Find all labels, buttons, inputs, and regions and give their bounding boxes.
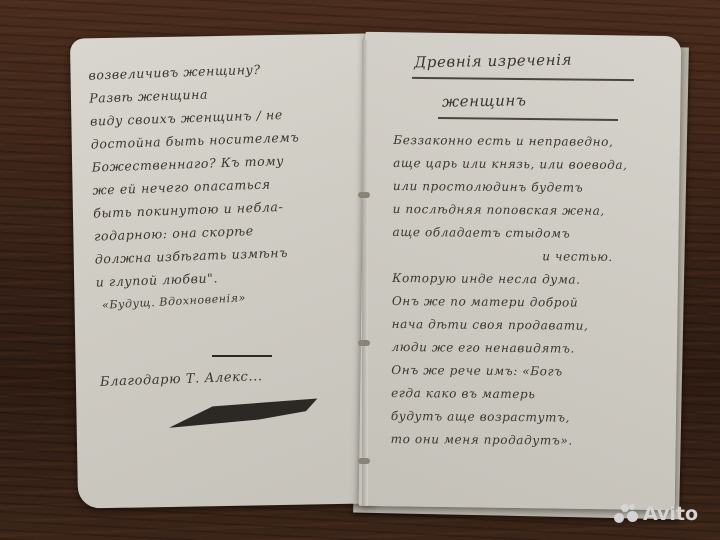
handwritten-line: Онъ же рече имъ: «Богъ — [391, 359, 626, 384]
page-title: Древнія изреченія — [414, 49, 573, 75]
notebook-spine — [362, 40, 368, 506]
binding-stitch — [358, 458, 370, 464]
page-subtitle: женщинъ — [442, 89, 527, 113]
left-page-text: возвеличивъ женщину? Развѣ женщина виду … — [88, 56, 304, 293]
handwritten-line: егда како въ матерь — [391, 382, 626, 407]
right-page-text: Беззаконно есть и неправедно, аще царь и… — [391, 129, 628, 453]
binding-stitch — [358, 340, 370, 346]
avito-brand-text: Avito — [643, 503, 698, 525]
binding-stitch — [358, 192, 370, 198]
avito-watermark: Avito — [614, 503, 698, 525]
avito-logo-icon — [614, 504, 638, 524]
handwritten-line: то они меня продадутъ». — [391, 428, 626, 453]
handwritten-line: нача дѣти своя продавати, — [392, 313, 627, 338]
handwritten-line: Беззаконно есть и неправедно, — [393, 129, 628, 154]
handwritten-line: и послѣдняя поповская жена, — [393, 198, 628, 223]
handwritten-line: или простолюдинъ будетъ — [393, 175, 628, 200]
handwritten-line: аще обладаетъ стыдомъ — [392, 221, 627, 246]
handwritten-line: люди же его ненавидятъ. — [391, 336, 626, 361]
handwritten-line: Которую инде несла дума. — [392, 267, 627, 292]
handwritten-line: аще царь или князь, или воевода, — [393, 152, 628, 177]
handwritten-line: и честью. — [392, 244, 627, 269]
signature-stroke — [212, 355, 272, 357]
handwritten-line: будутъ аще возрастутъ, — [391, 405, 626, 430]
handwritten-line: Онъ же по матери доброй — [392, 290, 627, 315]
